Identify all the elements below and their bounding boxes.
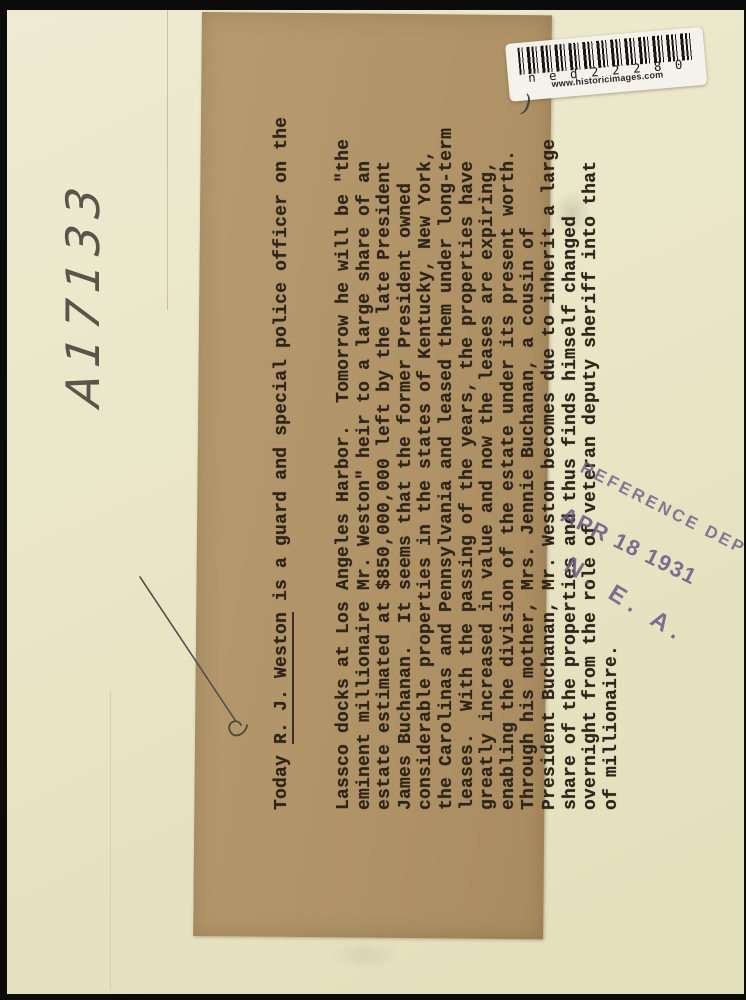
caption-line: greatly increased in value and now the l… [478, 94, 499, 810]
caption-line: overnight from the role of veteran deput… [581, 94, 602, 810]
caption-line: Lassco docks at Los Angeles Harbor. Tomo… [334, 94, 355, 810]
caption-line: considerable properties in the states of… [416, 94, 437, 810]
caption-lines: Lassco docks at Los Angeles Harbor. Tomo… [334, 94, 622, 810]
caption-text: Today [272, 744, 292, 810]
caption-line: Through his mother, Mrs. Jennie Buchanan… [519, 94, 540, 810]
caption-line: the Carolinas and Pennsylvania and lease… [437, 94, 458, 810]
caption-line: of millionaire. [602, 94, 623, 810]
paper-crease [167, 10, 168, 310]
caption-line: share of the properties and thus finds h… [561, 94, 582, 810]
caption-underlined-name: R. J. Weston [272, 612, 294, 744]
caption-line: enabling the division of the estate unde… [499, 94, 520, 810]
caption-text: is a guard and special police officer on… [272, 117, 292, 612]
caption-line: eminent millionaire Mr. Weston" heir to … [355, 94, 376, 810]
caption-line: estate estimated at $850,000,000 left by… [375, 94, 396, 810]
caption-line: President Buchanan, Mr. Weston becomes d… [540, 94, 561, 810]
catalog-number-handwriting: A17133 [56, 176, 110, 409]
photo-back: Today R. J. Weston is a guard and specia… [0, 0, 746, 1000]
caption-line-first: Today R. J. Weston is a guard and specia… [272, 94, 293, 810]
paper-crease [110, 690, 111, 990]
typed-caption: Today R. J. Weston is a guard and specia… [231, 94, 663, 810]
caption-line: leases. With the passing of the years, t… [458, 94, 479, 810]
caption-line: James Buchanan. It seems that the former… [396, 94, 417, 810]
